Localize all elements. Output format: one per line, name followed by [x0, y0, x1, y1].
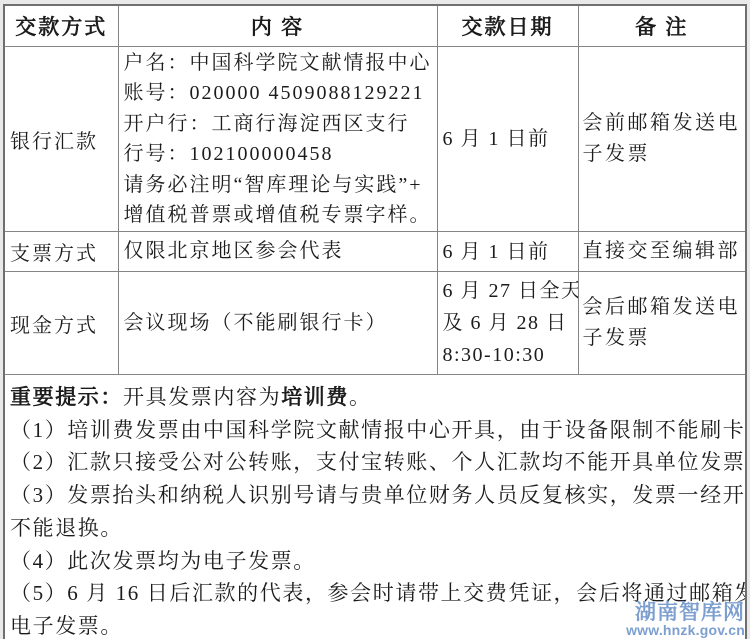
- note-item-3-line-1: （3）发票抬头和纳税人识别号请与贵单位财务人员反复核实，发票一经开出，: [10, 479, 741, 512]
- bank-remark-line-2: 增值税普票或增值税专票字样。: [124, 200, 434, 231]
- cell-date-cheque: 6 月 1 日前: [437, 232, 578, 272]
- note-item-4: （4）此次发票均为电子发票。: [10, 545, 741, 578]
- table-row-cheque: 支票方式 仅限北京地区参会代表 6 月 1 日前 直接交至编辑部: [4, 232, 746, 272]
- payment-table: 交款方式 内 容 交款日期 备 注 银行汇款 户名：中国科学院文献情报中心 账号…: [3, 4, 747, 639]
- bank-remark-line-1: 请务必注明“智库理论与实践”+: [124, 170, 434, 201]
- bank-account-number: 账号：020000 4509088129221: [124, 78, 434, 109]
- cell-content-cheque: 仅限北京地区参会代表: [118, 232, 437, 272]
- bank-branch: 开户行：工商行海淀西区支行: [124, 109, 434, 140]
- notes-heading-tail: 。: [349, 385, 372, 409]
- note-item-1: （1）培训费发票由中国科学院文献情报中心开具，由于设备限制不能刷卡。: [10, 414, 741, 447]
- cell-content-cash: 会议现场（不能刷银行卡）: [118, 272, 437, 375]
- important-notes-section: 重要提示：开具发票内容为培训费。 （1）培训费发票由中国科学院文献情报中心开具，…: [4, 375, 746, 639]
- table-row-important-notes: 重要提示：开具发票内容为培训费。 （1）培训费发票由中国科学院文献情报中心开具，…: [4, 375, 746, 639]
- notes-heading-term: 培训费: [281, 385, 349, 409]
- note-item-5-line-1: （5）6 月 16 日后汇款的代表，参会时请带上交费凭证，会后将通过邮箱发送: [10, 577, 741, 610]
- bank-account-name: 户名：中国科学院文献情报中心: [124, 48, 434, 79]
- note-item-5-line-2: 电子发票。: [10, 610, 741, 639]
- header-note: 备 注: [578, 5, 746, 47]
- cell-date-bank: 6 月 1 日前: [437, 47, 578, 232]
- cell-content-bank: 户名：中国科学院文献情报中心 账号：020000 4509088129221 开…: [118, 47, 437, 232]
- cell-method-bank: 银行汇款: [4, 47, 118, 232]
- note-item-2: （2）汇款只接受公对公转账，支付宝转账、个人汇款均不能开具单位发票。: [10, 446, 741, 479]
- notes-heading-lead: 重要提示：: [10, 385, 123, 409]
- cell-note-cash: 会后邮箱发送电 子发票: [578, 272, 746, 375]
- header-date: 交款日期: [437, 5, 578, 47]
- header-method: 交款方式: [4, 5, 118, 47]
- cell-method-cheque: 支票方式: [4, 232, 118, 272]
- cell-note-bank: 会前邮箱发送电 子发票: [578, 47, 746, 232]
- document-page: 交款方式 内 容 交款日期 备 注 银行汇款 户名：中国科学院文献情报中心 账号…: [0, 0, 750, 639]
- cell-note-cheque: 直接交至编辑部: [578, 232, 746, 272]
- table-row-bank-transfer: 银行汇款 户名：中国科学院文献情报中心 账号：020000 4509088129…: [4, 47, 746, 232]
- cell-date-cash: 6 月 27 日全天 及 6 月 28 日 8:30-10:30: [437, 272, 578, 375]
- cell-method-cash: 现金方式: [4, 272, 118, 375]
- note-item-3-line-2: 不能退换。: [10, 512, 741, 545]
- table-row-cash: 现金方式 会议现场（不能刷银行卡） 6 月 27 日全天 及 6 月 28 日 …: [4, 272, 746, 375]
- bank-code: 行号：102100000458: [124, 139, 434, 170]
- notes-heading: 重要提示：开具发票内容为培训费。: [10, 381, 741, 414]
- header-content: 内 容: [118, 5, 437, 47]
- notes-heading-mid: 开具发票内容为: [123, 385, 281, 409]
- header-row: 交款方式 内 容 交款日期 备 注: [4, 5, 746, 47]
